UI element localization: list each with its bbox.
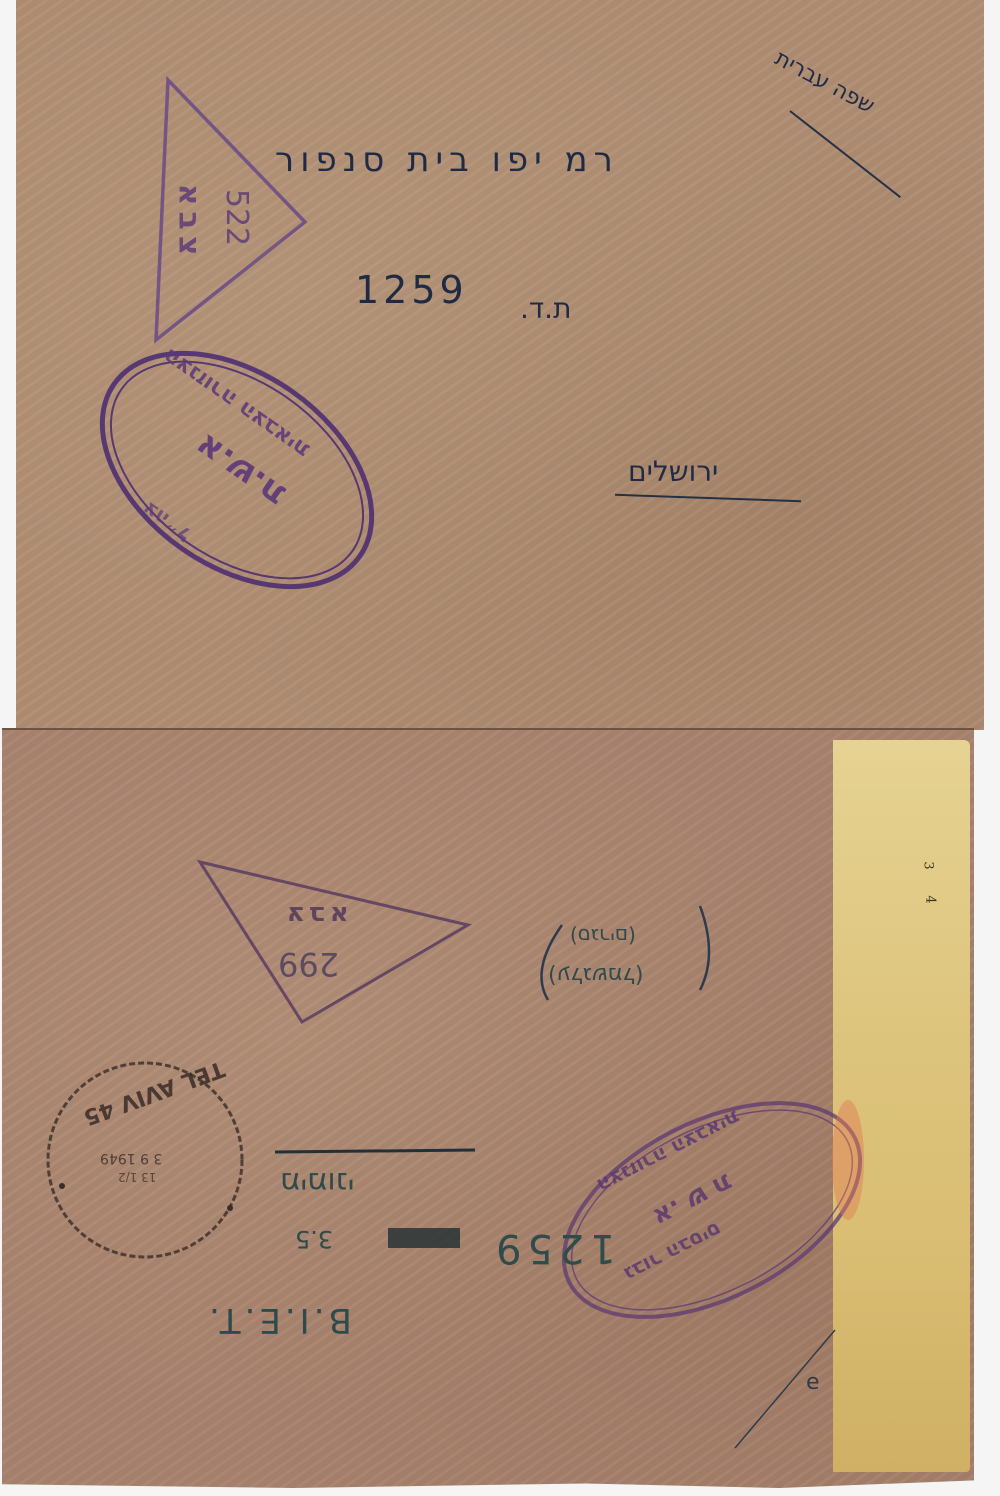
bottom-envelope-marks <box>0 0 1000 1496</box>
triangle-stamp-letters-bottom: צבא <box>282 900 349 930</box>
triangle-stamp-number-bottom: 299 <box>278 945 339 983</box>
postmark-date: 3 9 1949 <box>100 1150 162 1166</box>
pencil-note-line-1: (סגרים) <box>570 924 636 948</box>
corner-mark: e <box>806 1370 820 1395</box>
sender-code: B.I.E.T. <box>205 1300 352 1340</box>
sender-name: מימוני <box>280 1165 354 1200</box>
sender-number: 1259 <box>490 1225 616 1271</box>
sender-unit: 3.5 <box>295 1225 333 1253</box>
pencil-note-line-2: (עלגשמל) <box>548 962 644 987</box>
postmark-time: 13 1/2 <box>118 1170 156 1184</box>
